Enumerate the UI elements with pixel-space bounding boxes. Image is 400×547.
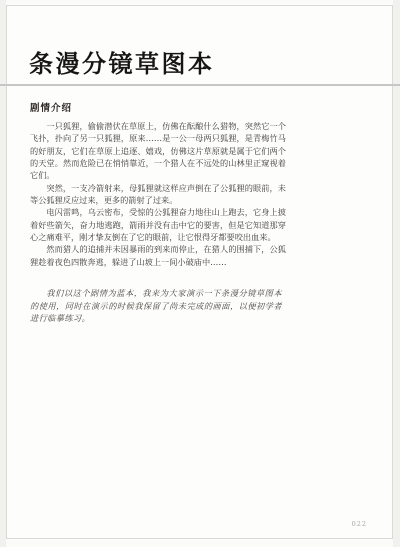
scanned-book-page: 条漫分镜草图本 剧情介绍 一只狐狸，偷偷潜伏在草原上，仿佛在酝酿什么猎物，突然它… [0,0,400,547]
story-paragraph-2: 突然，一支冷箭射来，母狐狸就这样应声倒在了公狐狸的眼前，未等公狐狸反应过来，更多… [30,182,286,207]
section-heading: 剧情介绍 [30,100,72,114]
page-number: 022 [352,520,367,528]
scan-edge-right [393,0,400,547]
story-paragraph-3: 电闪雷鸣，乌云密布，受惊的公狐狸奋力地往山上跑去，它身上披着好些箭矢，奋力地逃跑… [30,206,286,243]
story-paragraph-4: 然而猎人的追捕并未因暴雨的到来而停止，在猎人的围捕下，公狐狸趁着夜色四散奔逃，躲… [30,243,286,268]
page-title: 条漫分镜草图本 [29,44,215,79]
story-paragraph-1: 一只狐狸，偷偷潜伏在草原上，仿佛在酝酿什么猎物，突然它一个飞扑，扑向了另一只狐狸… [30,120,286,182]
author-note: 我们以这个剧情为蓝本，我来为大家演示一下条漫分镜草图本的使用，同时在演示的时候我… [30,287,282,325]
story-text-block: 一只狐狸，偷偷潜伏在草原上，仿佛在酝酿什么猎物，突然它一个飞扑，扑向了另一只狐狸… [30,120,286,268]
title-divider-rule [0,84,400,86]
